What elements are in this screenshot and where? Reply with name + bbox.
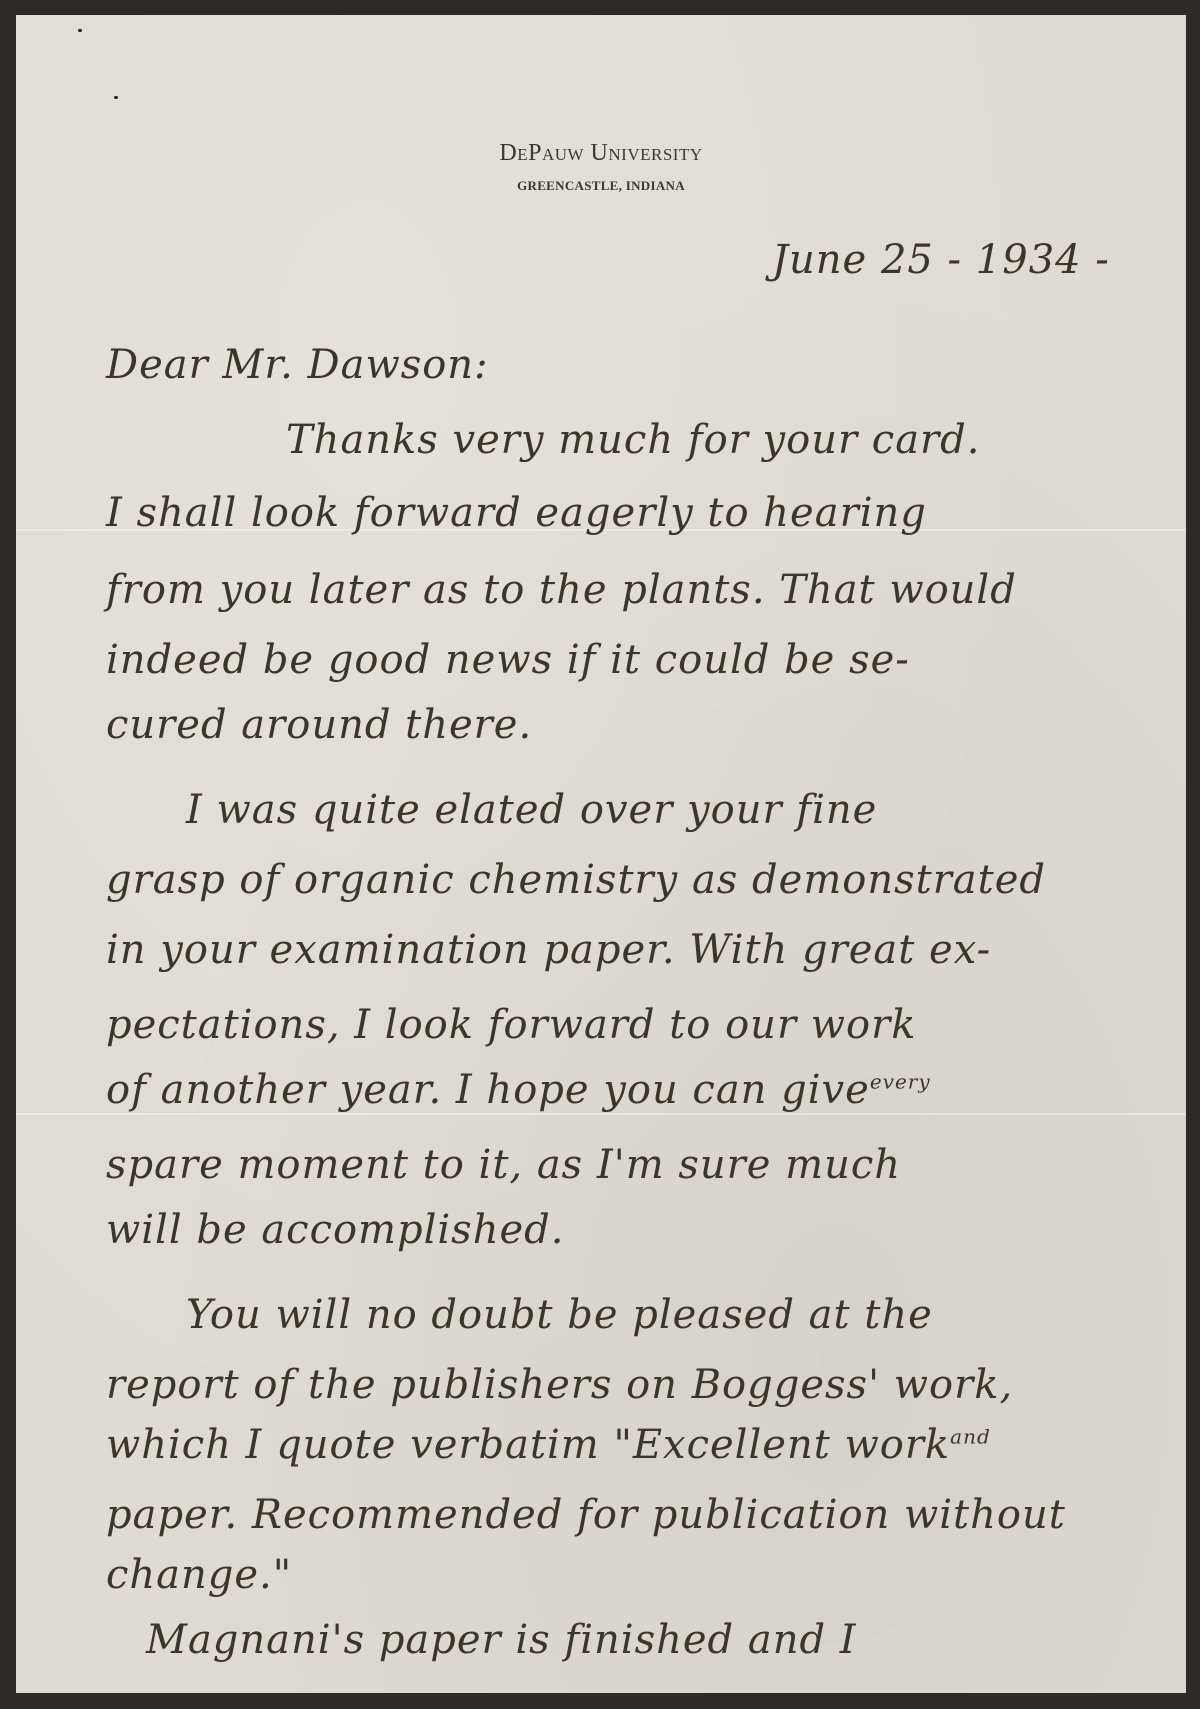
ink-speck [114,96,118,99]
letter-line: paper. Recommended for publication witho… [106,1495,1066,1535]
letter-line: Magnani's paper is finished and I [146,1620,857,1660]
letter-line: indeed be good news if it could be se- [106,640,910,680]
letter-line: will be accomplished. [106,1210,564,1250]
insertion-superscript: every [870,1070,931,1094]
letter-line: report of the publishers on Boggess' wor… [106,1365,1013,1405]
fold-line [16,1113,1186,1115]
letter-line: I was quite elated over your fine [186,790,877,830]
line-text: which I quote verbatim "Excellent work [106,1422,950,1468]
letterhead-location: GREENCASTLE, INDIANA [16,178,1186,194]
letter-line: of another year. I hope you can giveever… [106,1070,931,1110]
letterhead-institution: DePauw University [16,140,1186,167]
letter-line: pectations, I look forward to our work [106,1005,916,1045]
letter-line: I shall look forward eagerly to hearing [106,493,927,533]
letter-line: change." [106,1555,292,1595]
letter-line: spare moment to it, as I'm sure much [106,1145,901,1185]
ink-speck [78,29,82,32]
letter-line: Thanks very much for your card. [286,420,981,460]
line-text: of another year. I hope you can give [106,1067,870,1113]
letter-line: cured around there. [106,705,532,745]
letter-line: from you later as to the plants. That wo… [106,570,1017,610]
letter-line: in your examination paper. With great ex… [106,930,991,970]
letter-line: grasp of organic chemistry as demonstrat… [106,860,1046,900]
letter-page: DePauw University GREENCASTLE, INDIANA J… [16,15,1186,1693]
letter-salutation: Dear Mr. Dawson: [106,345,489,385]
letter-line: which I quote verbatim "Excellent workan… [106,1425,991,1465]
insertion-superscript: and [950,1425,991,1449]
letter-date: June 25 - 1934 - [772,240,1110,280]
letter-line: You will no doubt be pleased at the [186,1295,933,1335]
